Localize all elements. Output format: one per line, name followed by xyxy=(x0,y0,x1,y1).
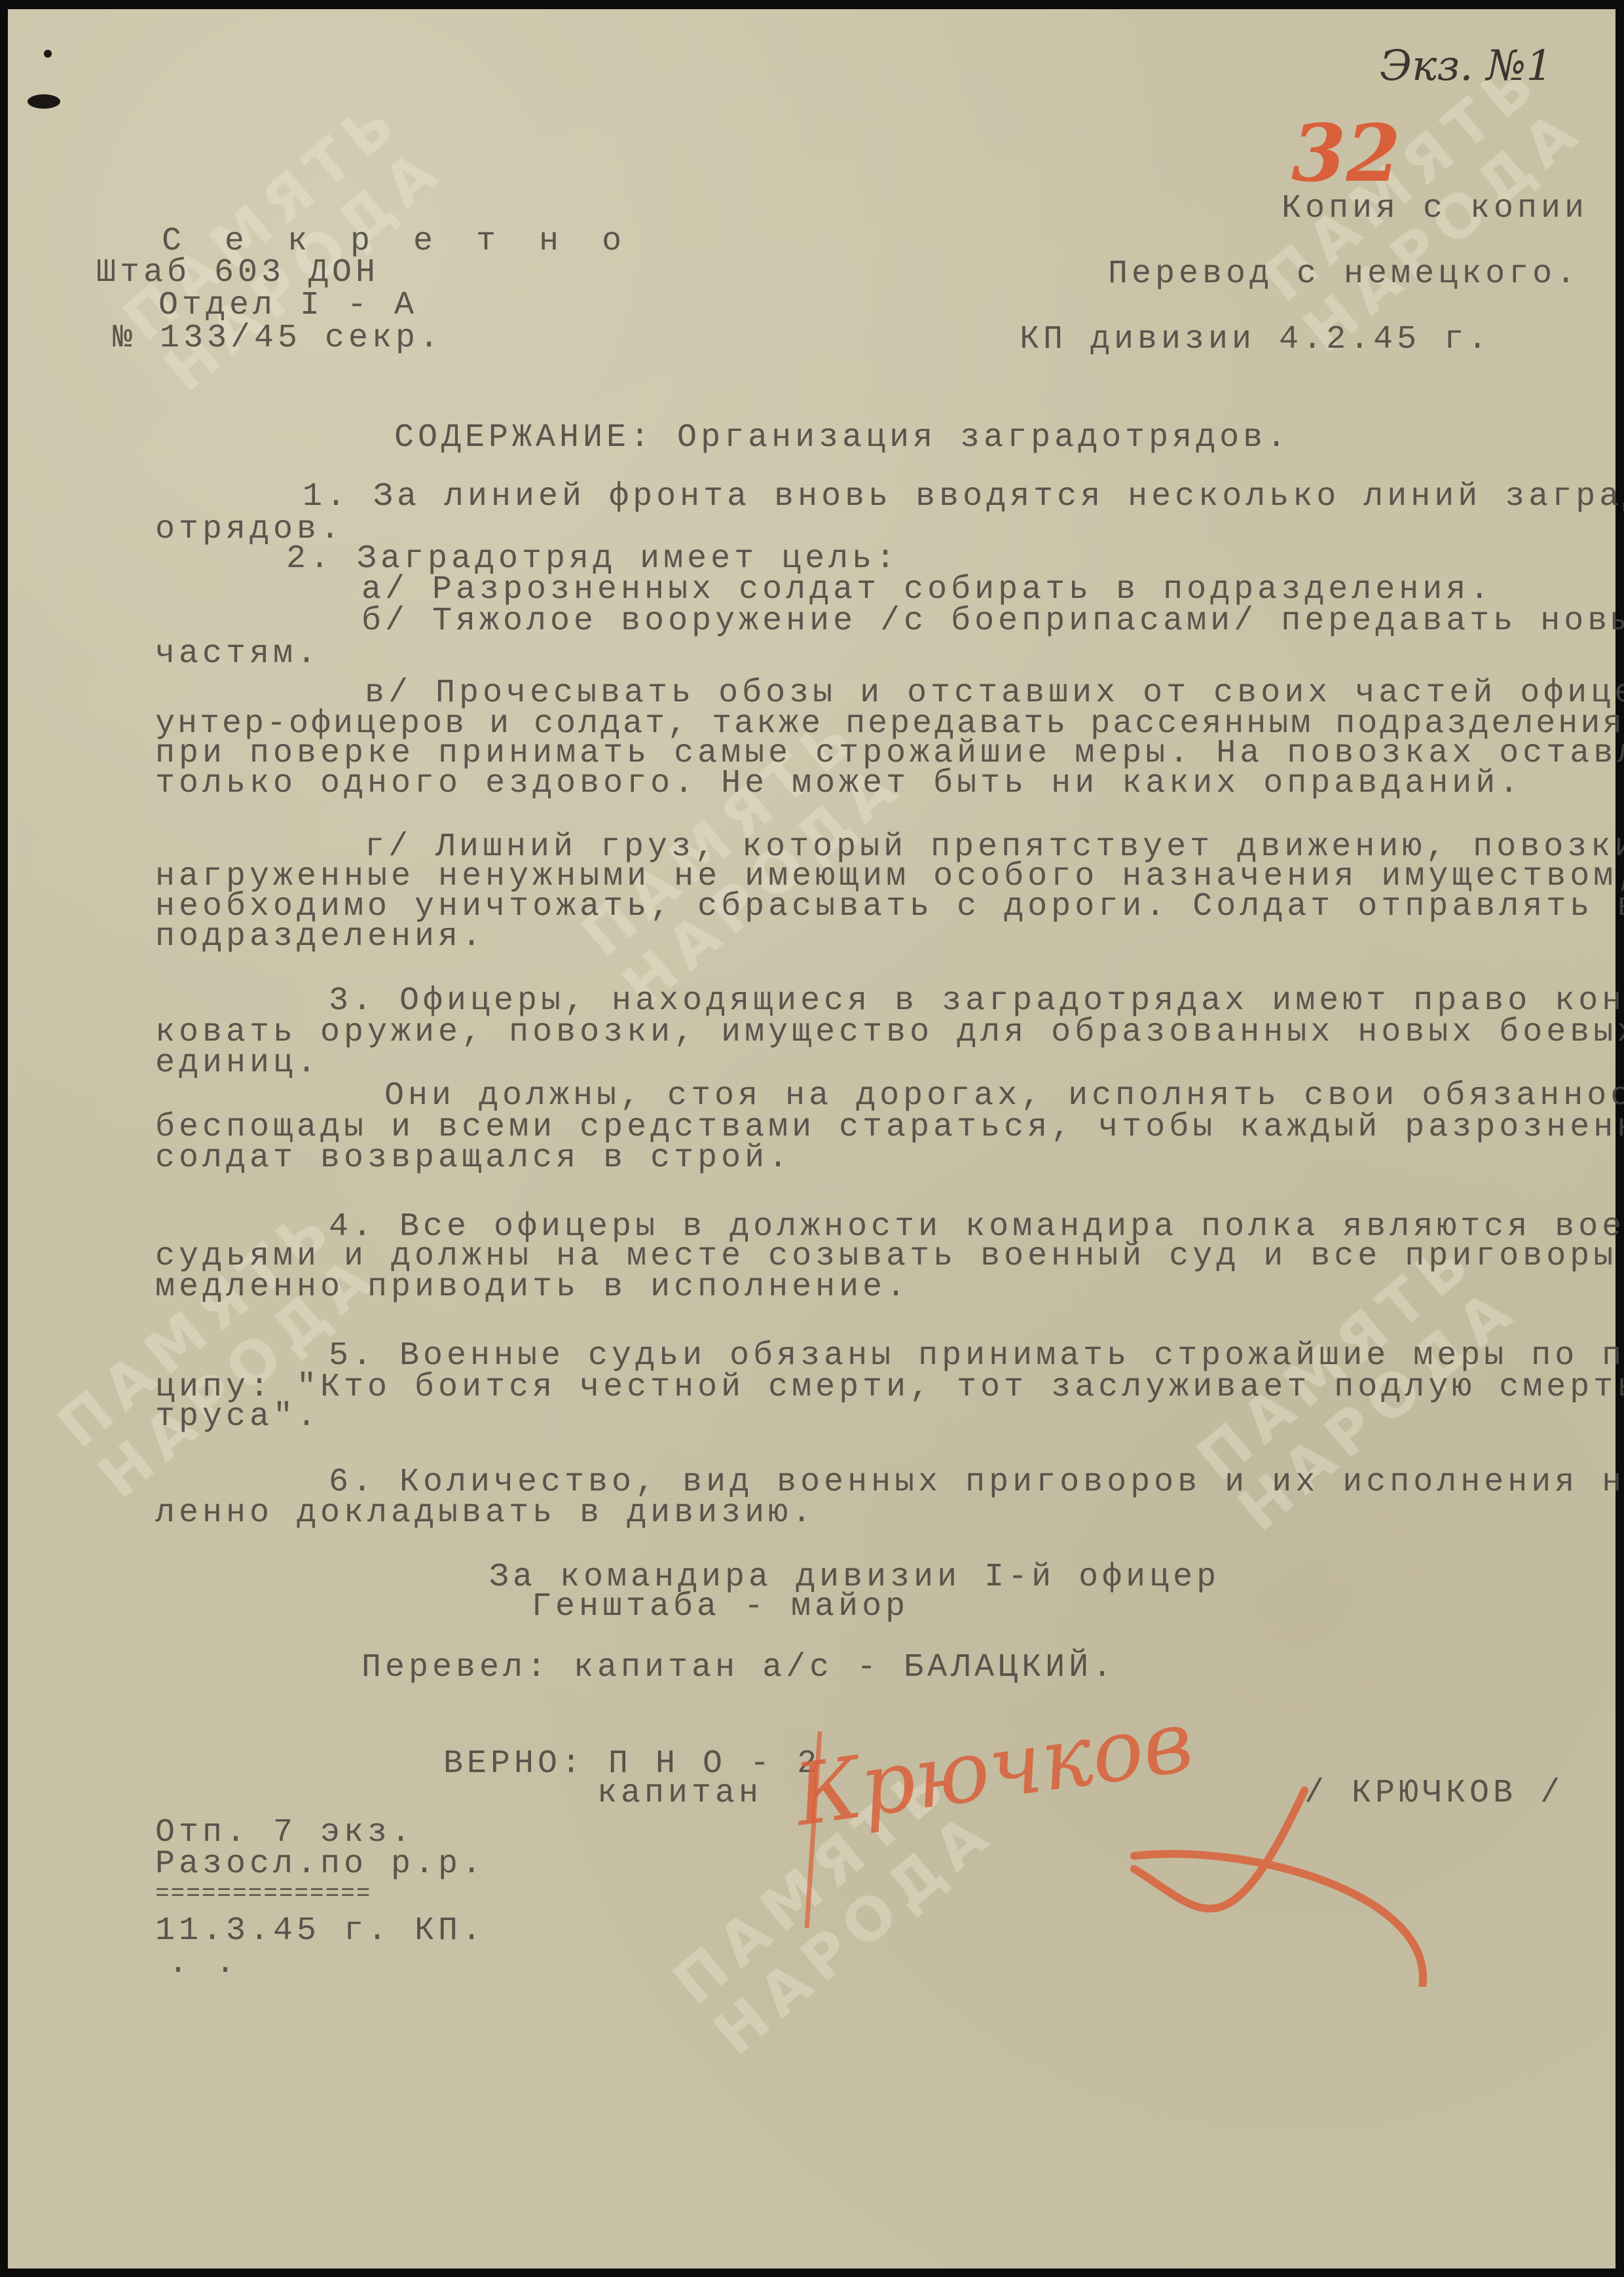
body-line: ленно докладывать в дивизию. xyxy=(155,1497,815,1530)
body-line: ципу: "Кто боится честной смерти, тот за… xyxy=(155,1371,1624,1404)
translator-line: Перевел: капитан а/с - БАЛАЦКИЙ. xyxy=(361,1652,1116,1684)
classification-secret: С е к р е т н о xyxy=(162,225,633,258)
footer-date: 11.3.45 г. КП. xyxy=(155,1915,485,1948)
body-line: солдат возвращался в строй. xyxy=(155,1142,792,1175)
punch-hole xyxy=(28,94,60,109)
punch-hole xyxy=(44,50,52,58)
body-line: Они должны, стоя на дорогах, исполнять с… xyxy=(384,1080,1624,1113)
body-line: б/ Тяжолое вооружение /с боеприпасами/ п… xyxy=(361,605,1624,638)
header-right-line3: КП дивизии 4.2.45 г. xyxy=(1020,324,1491,356)
body-line: ковать оружие, повозки, имущество для об… xyxy=(155,1016,1624,1049)
header-right-line2: Перевод с немецкого. xyxy=(1108,258,1579,291)
body-line: 3. Офицеры, находящиеся в заградотрядах … xyxy=(329,985,1624,1018)
footer-separator: ============== xyxy=(155,1882,371,1906)
document-page: ПАМЯТЬ НАРОДА ПАМЯТЬ НАРОДА ПАМЯТЬ НАРОД… xyxy=(8,9,1615,2268)
signature-flourish-icon xyxy=(728,1712,1462,1987)
header-right-line1: Копия с копии xyxy=(1282,193,1588,225)
footer-distribution: Разосл.по р.р. xyxy=(155,1848,485,1881)
body-line: медленно приводить в исполнение. xyxy=(155,1271,910,1304)
footer-copies: Отп. 7 экз. xyxy=(155,1817,415,1849)
body-line: единиц. xyxy=(155,1047,320,1080)
footer-dots: . . xyxy=(168,1948,239,1980)
body-line: а/ Разрозненных солдат собирать в подраз… xyxy=(361,574,1493,606)
body-line: труса". xyxy=(155,1401,320,1434)
body-line: только одного ездового. Не может быть ни… xyxy=(155,768,1522,800)
body-line: подразделения. xyxy=(155,921,485,953)
body-line: 5. Военные судьи обязаны принимать строж… xyxy=(329,1340,1624,1373)
subject-line: СОДЕРЖАНИЕ: Организация заградотрядов. xyxy=(394,422,1290,454)
page-number-red: 32 xyxy=(1291,107,1401,200)
header-left-line1: Штаб 603 ДОН xyxy=(96,257,379,289)
body-line: частям. xyxy=(155,638,320,671)
header-left-line2: Отдел I - А xyxy=(158,289,418,322)
body-line: 1. За линией фронта вновь вводятся неско… xyxy=(303,481,1624,513)
signature-commander-line2: Генштаба - майор xyxy=(532,1591,909,1623)
header-left-line3: № 133/45 секр. xyxy=(113,322,443,355)
copy-number-handwritten: Экз. №1 xyxy=(1380,42,1553,90)
